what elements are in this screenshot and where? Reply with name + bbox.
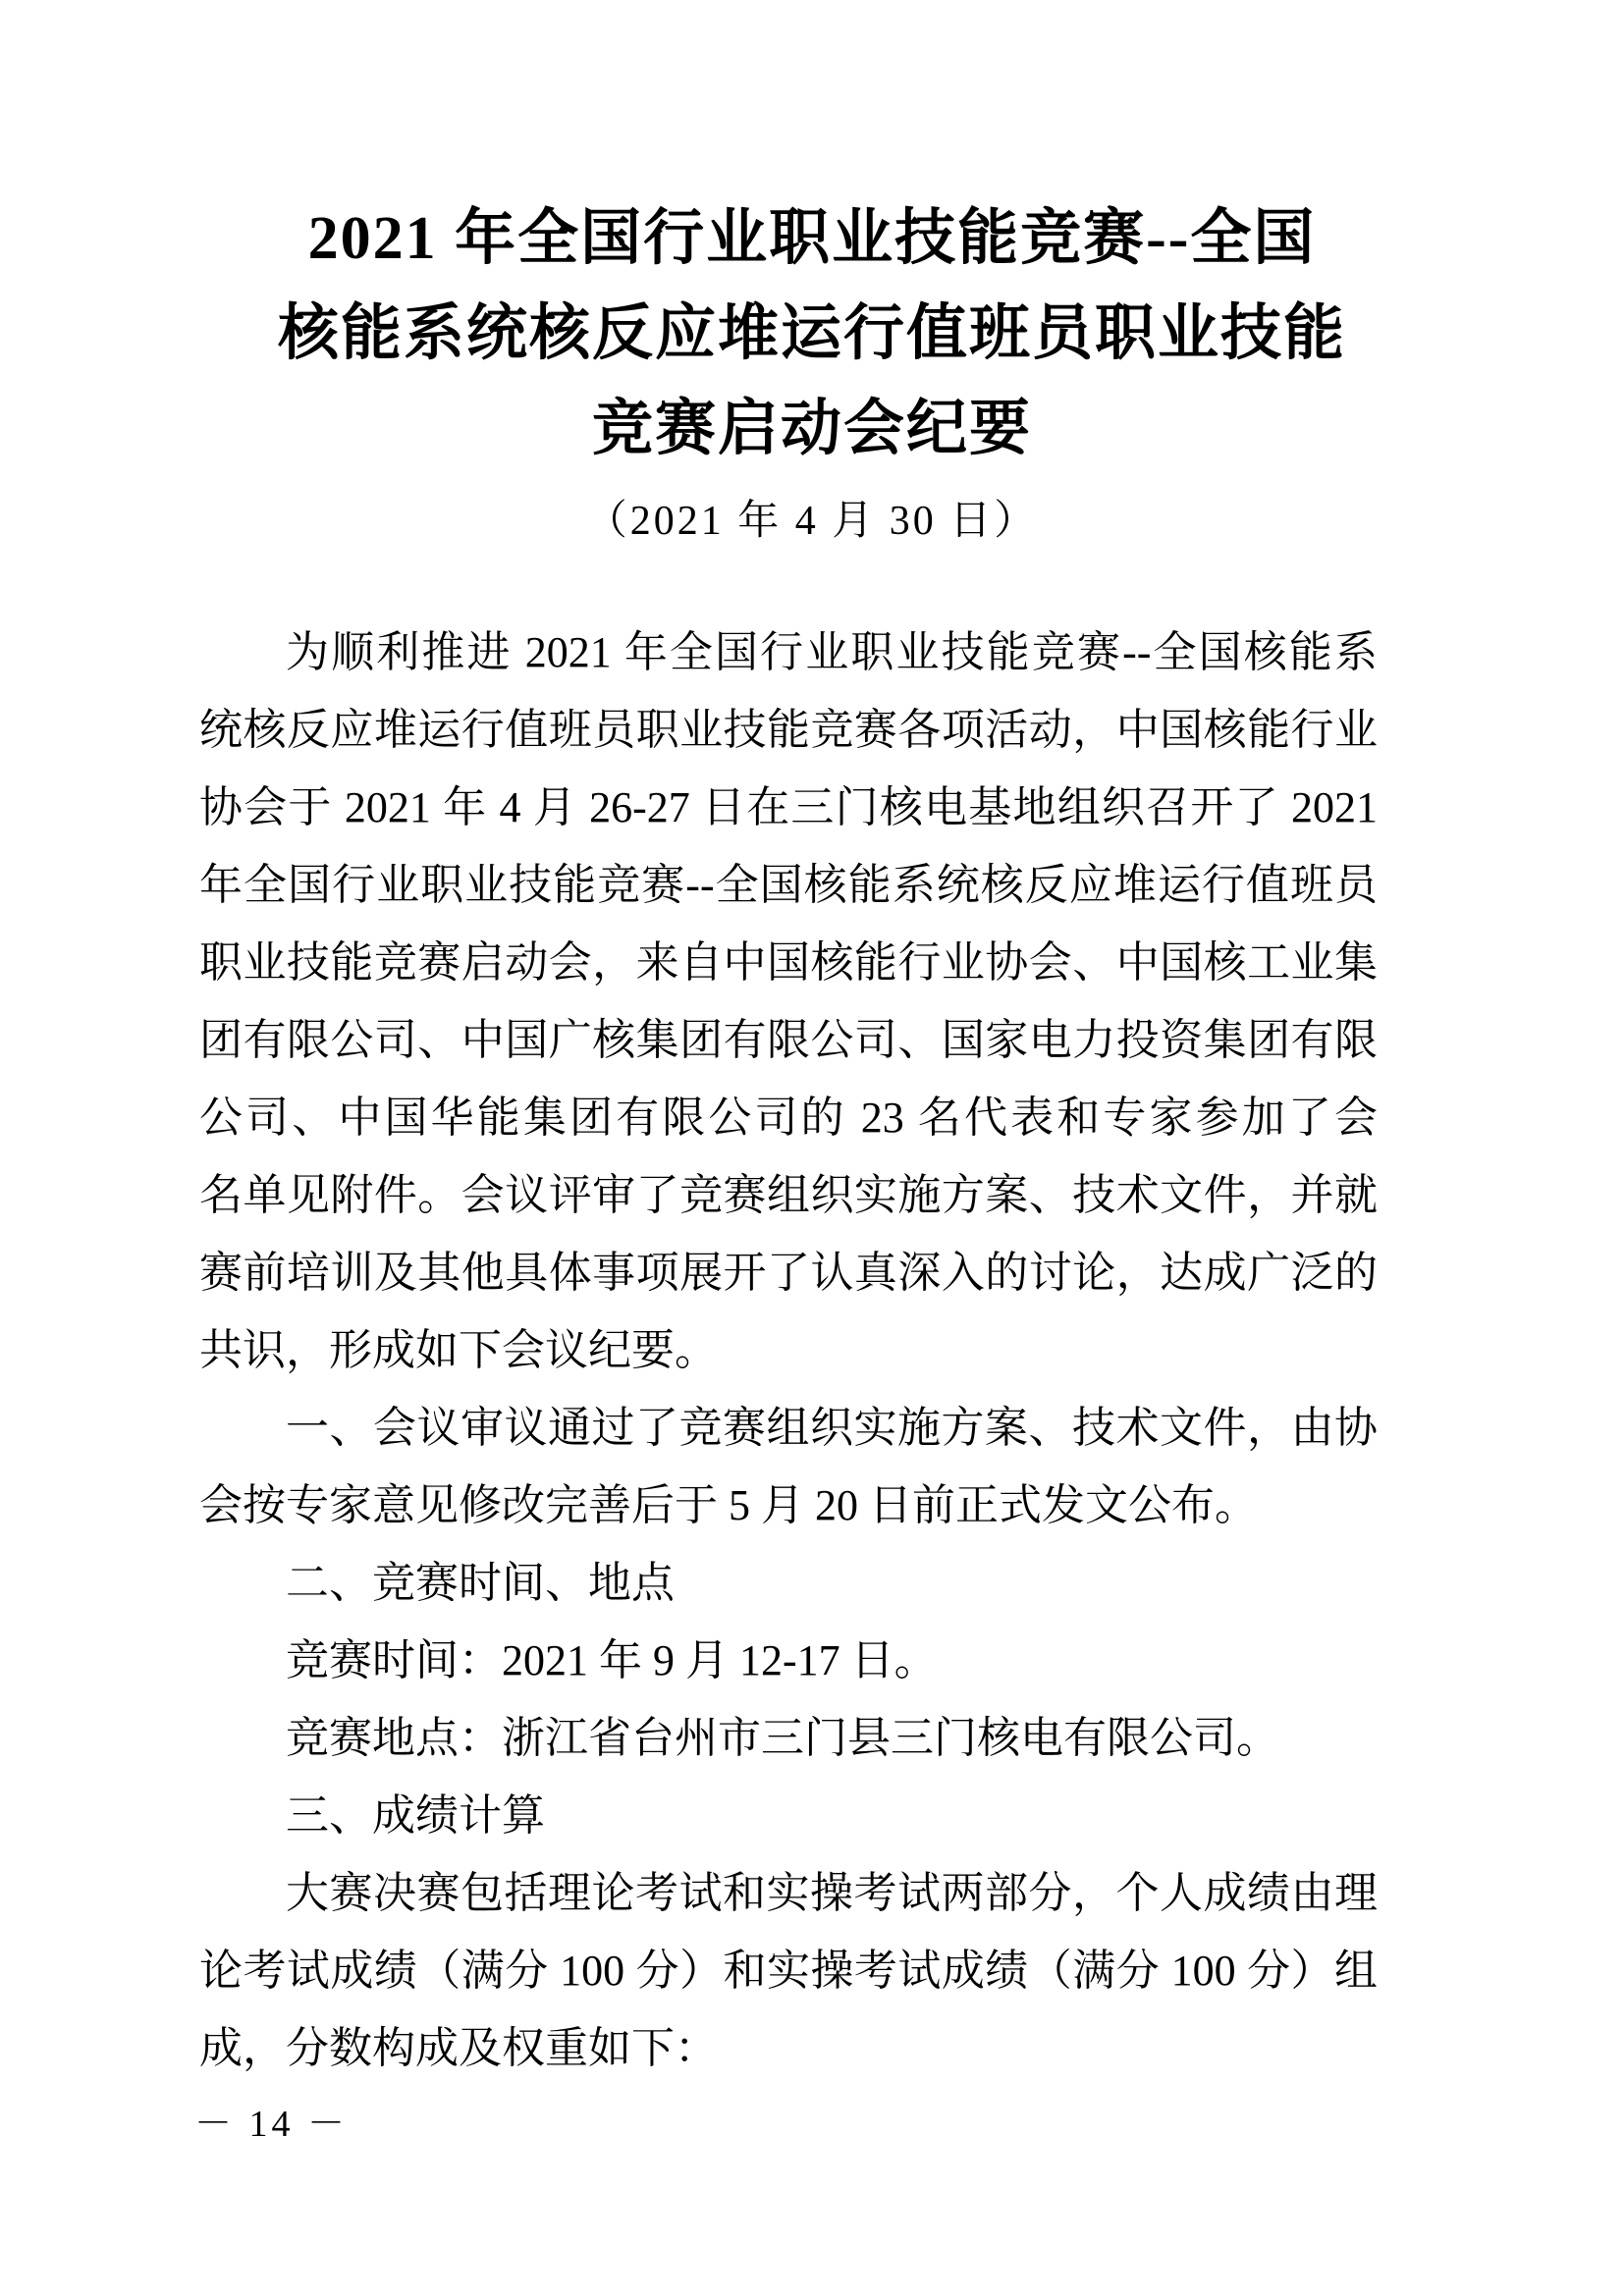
body-line: 协会于 2021 年 4 月 26-27 日在三门核电基地组织召开了 2021 bbox=[199, 769, 1378, 846]
title-line-1: 2021 年全国行业职业技能竞赛--全国 bbox=[0, 191, 1624, 287]
body-line: 成，分数构成及权重如下： bbox=[199, 2009, 1378, 2087]
body-line: 名单见附件。会议评审了竞赛组织实施方案、技术文件，并就 bbox=[199, 1156, 1378, 1234]
title-line-3: 竞赛启动会纪要 bbox=[0, 382, 1624, 477]
title-line-2: 核能系统核反应堆运行值班员职业技能 bbox=[0, 287, 1624, 382]
body-line: 团有限公司、中国广核集团有限公司、国家电力投资集团有限 bbox=[199, 1001, 1378, 1079]
body-line: 竞赛时间：2021 年 9 月 12-17 日。 bbox=[199, 1622, 1378, 1699]
body-line: 二、竞赛时间、地点 bbox=[199, 1544, 1378, 1622]
body-line: 为顺利推进 2021 年全国行业职业技能竞赛--全国核能系 bbox=[199, 614, 1378, 691]
body-line: 年全国行业职业技能竞赛--全国核能系统核反应堆运行值班员 bbox=[199, 846, 1378, 924]
document-page: 2021 年全国行业职业技能竞赛--全国 核能系统核反应堆运行值班员职业技能 竞… bbox=[0, 0, 1624, 2296]
body-line: 会按专家意见修改完善后于 5 月 20 日前正式发文公布。 bbox=[199, 1467, 1378, 1544]
document-title: 2021 年全国行业职业技能竞赛--全国 核能系统核反应堆运行值班员职业技能 竞… bbox=[0, 191, 1624, 477]
body-line: 竞赛地点：浙江省台州市三门县三门核电有限公司。 bbox=[199, 1699, 1378, 1777]
body-line: 共识，形成如下会议纪要。 bbox=[199, 1311, 1378, 1389]
body-line: 职业技能竞赛启动会，来自中国核能行业协会、中国核工业集 bbox=[199, 924, 1378, 1001]
document-date: （2021 年 4 月 30 日） bbox=[0, 494, 1624, 549]
document-body: 为顺利推进 2021 年全国行业职业技能竞赛--全国核能系 统核反应堆运行值班员… bbox=[199, 614, 1378, 2087]
body-line: 三、成绩计算 bbox=[199, 1777, 1378, 1854]
page-number: － 14 － bbox=[194, 2101, 349, 2148]
body-line: 赛前培训及其他具体事项展开了认真深入的讨论，达成广泛的 bbox=[199, 1234, 1378, 1311]
body-line: 大赛决赛包括理论考试和实操考试两部分，个人成绩由理 bbox=[199, 1854, 1378, 1932]
body-line: 公司、中国华能集团有限公司的 23 名代表和专家参加了会议， bbox=[199, 1079, 1378, 1156]
body-line: 一、会议审议通过了竞赛组织实施方案、技术文件，由协 bbox=[199, 1389, 1378, 1467]
body-line: 论考试成绩（满分 100 分）和实操考试成绩（满分 100 分）组 bbox=[199, 1932, 1378, 2009]
body-line: 统核反应堆运行值班员职业技能竞赛各项活动，中国核能行业 bbox=[199, 691, 1378, 769]
